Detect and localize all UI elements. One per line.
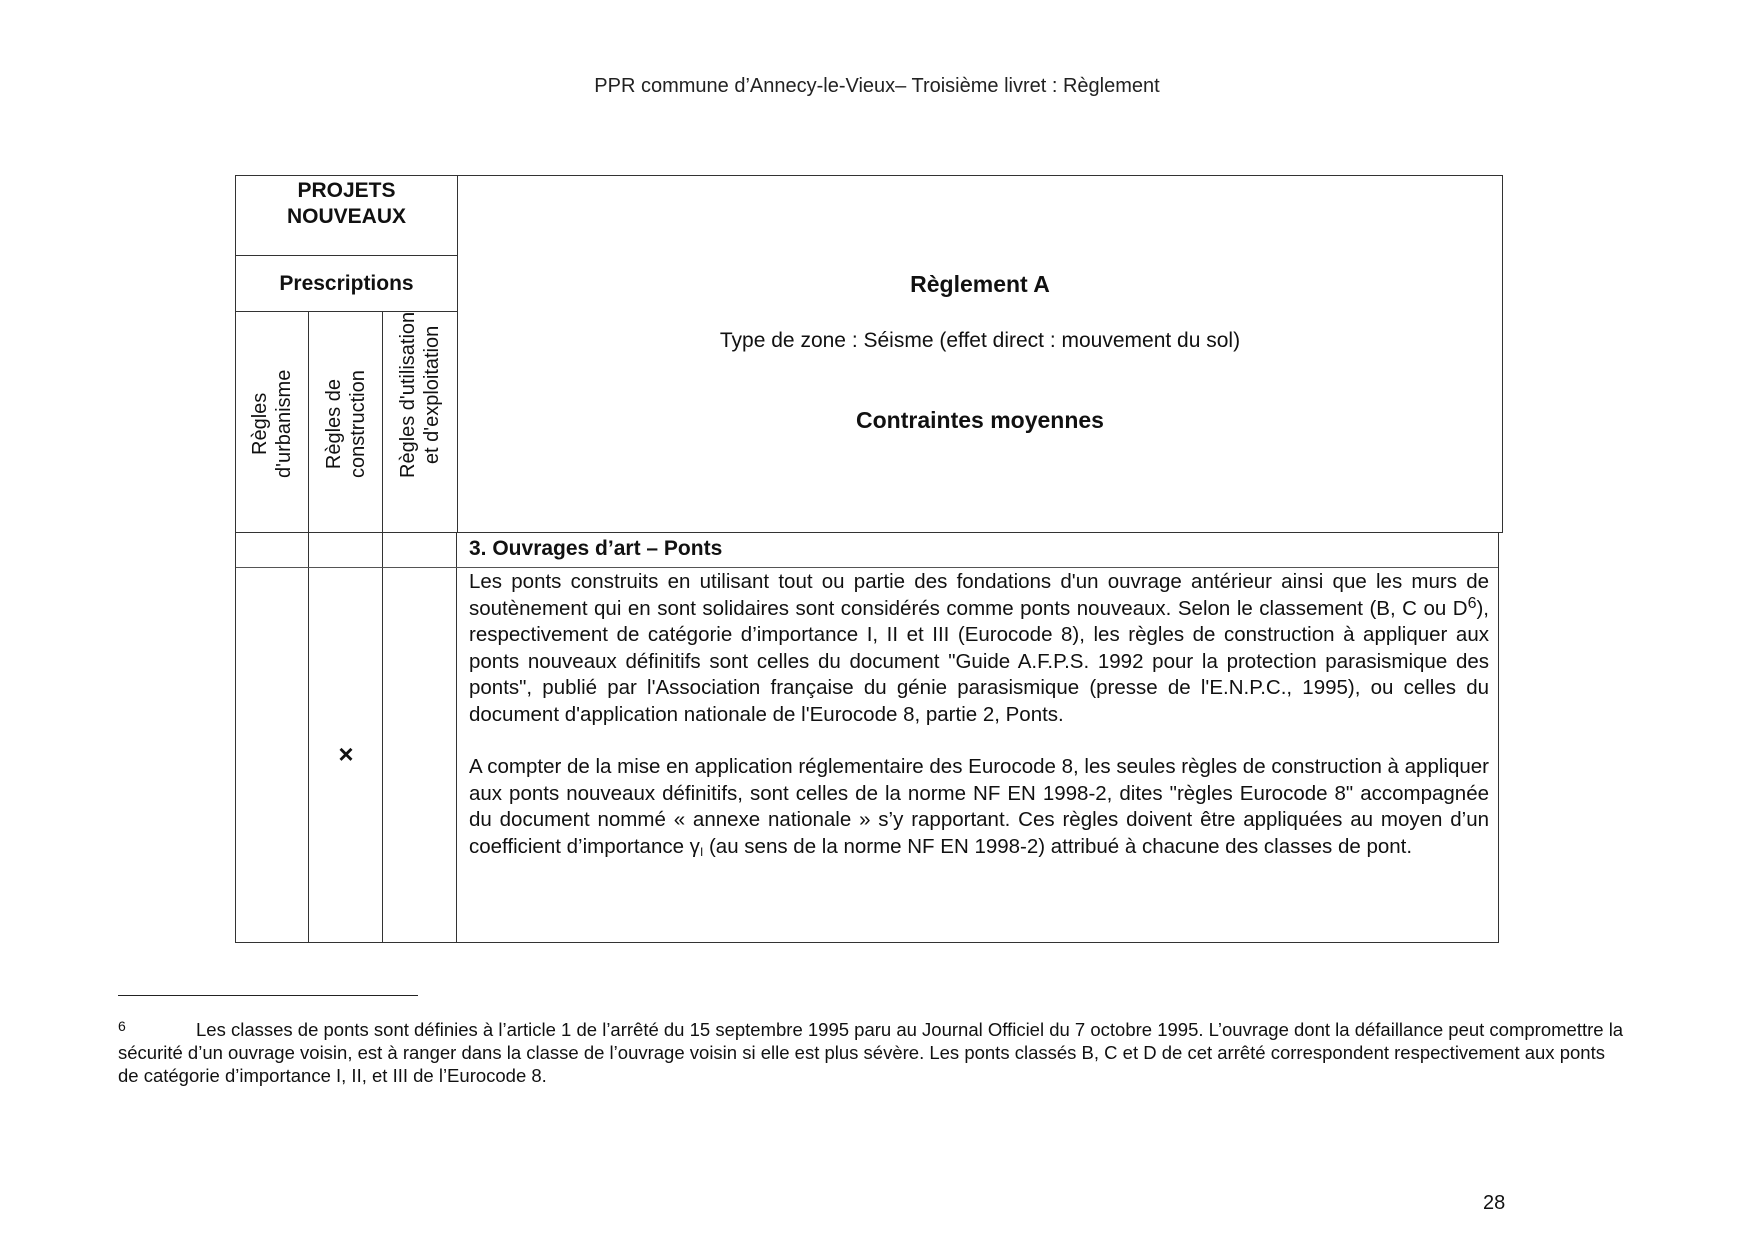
paragraph-1: Les ponts construits en utilisant tout o… xyxy=(469,569,1489,728)
col1-line1: Règles xyxy=(248,370,272,478)
col3-line2: et d'exploitation xyxy=(420,312,444,478)
col2-line2: construction xyxy=(346,370,370,478)
footnote: 6Les classes de ponts sont définies à l’… xyxy=(118,1015,1628,1087)
constraint-level: Contraintes moyennes xyxy=(458,407,1502,434)
column-header-urbanisme: Règles d'urbanisme xyxy=(236,312,309,532)
projets-nouveaux-label: PROJETS NOUVEAUX xyxy=(236,176,457,256)
footnote-number: 6 xyxy=(118,1015,196,1038)
col3-line1: Règles d'utilisation xyxy=(396,312,420,478)
prescription-columns: Règles d'urbanisme Règles de constructio… xyxy=(236,312,457,532)
page-number: 28 xyxy=(1483,1192,1505,1215)
col1-line2: d'urbanisme xyxy=(272,370,296,478)
cell-utilisation xyxy=(383,533,457,942)
paragraph-2: A compter de la mise en application régl… xyxy=(469,754,1489,860)
row-divider xyxy=(236,567,1498,568)
cell-urbanisme xyxy=(236,533,309,942)
projets-line2: NOUVEAUX xyxy=(236,204,457,230)
construction-check-mark-icon: × xyxy=(309,739,383,770)
col2-line1: Règles de xyxy=(322,370,346,478)
table-body: 3. Ouvrages d’art – Ponts × Les ponts co… xyxy=(235,533,1499,943)
zone-type: Type de zone : Séisme (effet direct : mo… xyxy=(458,329,1502,353)
section-body: Les ponts construits en utilisant tout o… xyxy=(469,569,1489,886)
cell-construction xyxy=(309,533,383,942)
running-header: PPR commune d’Annecy-le-Vieux– Troisième… xyxy=(0,75,1754,98)
table-header: PROJETS NOUVEAUX Prescriptions Règles d'… xyxy=(235,175,1503,533)
section-title: 3. Ouvrages d’art – Ponts xyxy=(469,537,722,561)
prescriptions-label: Prescriptions xyxy=(236,256,457,312)
projets-line1: PROJETS xyxy=(236,178,457,204)
column-header-construction: Règles de construction xyxy=(309,312,383,532)
column-header-utilisation: Règles d'utilisation et d'exploitation xyxy=(383,312,457,532)
prescriptions-header: PROJETS NOUVEAUX Prescriptions Règles d'… xyxy=(236,176,458,532)
reglement-header: Règlement A Type de zone : Séisme (effet… xyxy=(458,176,1502,532)
footnote-separator xyxy=(118,995,418,996)
footnote-text: Les classes de ponts sont définies à l’a… xyxy=(118,1019,1623,1086)
reglement-title: Règlement A xyxy=(458,271,1502,298)
